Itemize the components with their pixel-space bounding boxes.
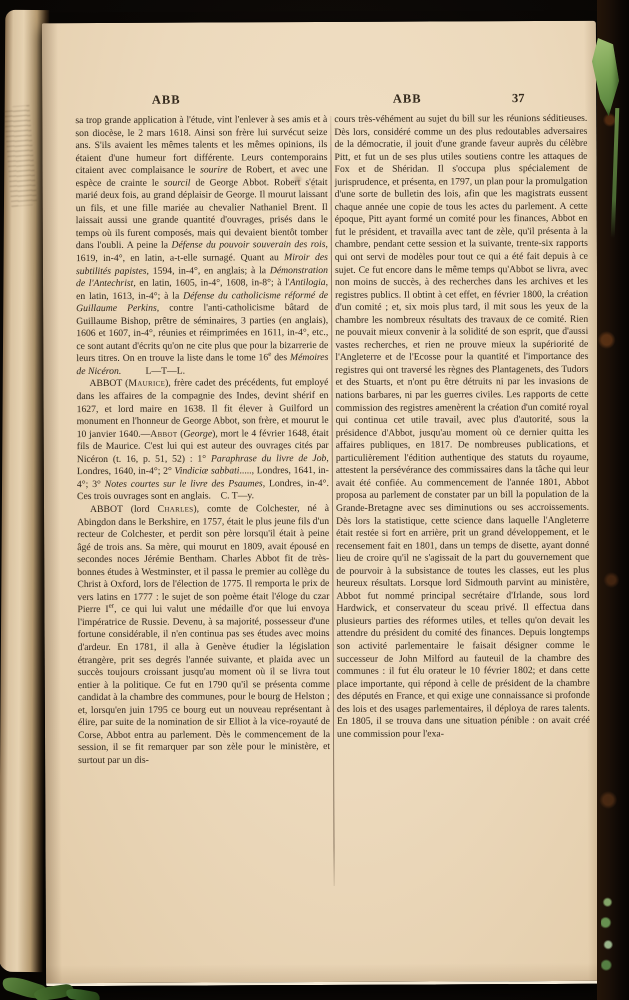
page-number: 37: [494, 91, 542, 105]
paragraph: sa trop grande application à l'étude, vi…: [75, 114, 328, 379]
paper-blemish: [295, 176, 302, 182]
paragraph: ABBOT (Maurice), frère cadet des précéde…: [76, 377, 329, 504]
running-title-left: ABB: [136, 93, 196, 107]
text-column-right: cours très-véhément au sujet du bill sur…: [334, 113, 590, 894]
marbled-green-fleck: [601, 892, 614, 977]
paragraph: ABBOT (lord Charles), comte de Colcheste…: [77, 503, 330, 768]
green-bookmark-ribbon: [592, 38, 619, 116]
facing-page-ghost-text: [3, 105, 37, 207]
running-title-right: ABB: [377, 91, 437, 105]
paragraph: cours très-véhément au sujet du bill sur…: [334, 113, 590, 741]
text-column-left: sa trop grande application à l'étude, vi…: [75, 114, 330, 895]
leaf-icon: [65, 987, 100, 1000]
book-page: ABB ABB 37 sa trop grande application à …: [42, 21, 600, 986]
plant-leaves: [0, 968, 120, 1000]
book-cover-edge: [597, 0, 629, 1000]
paper-blemish: [311, 184, 316, 189]
green-bookmark-ribbon-tail: [611, 108, 620, 238]
